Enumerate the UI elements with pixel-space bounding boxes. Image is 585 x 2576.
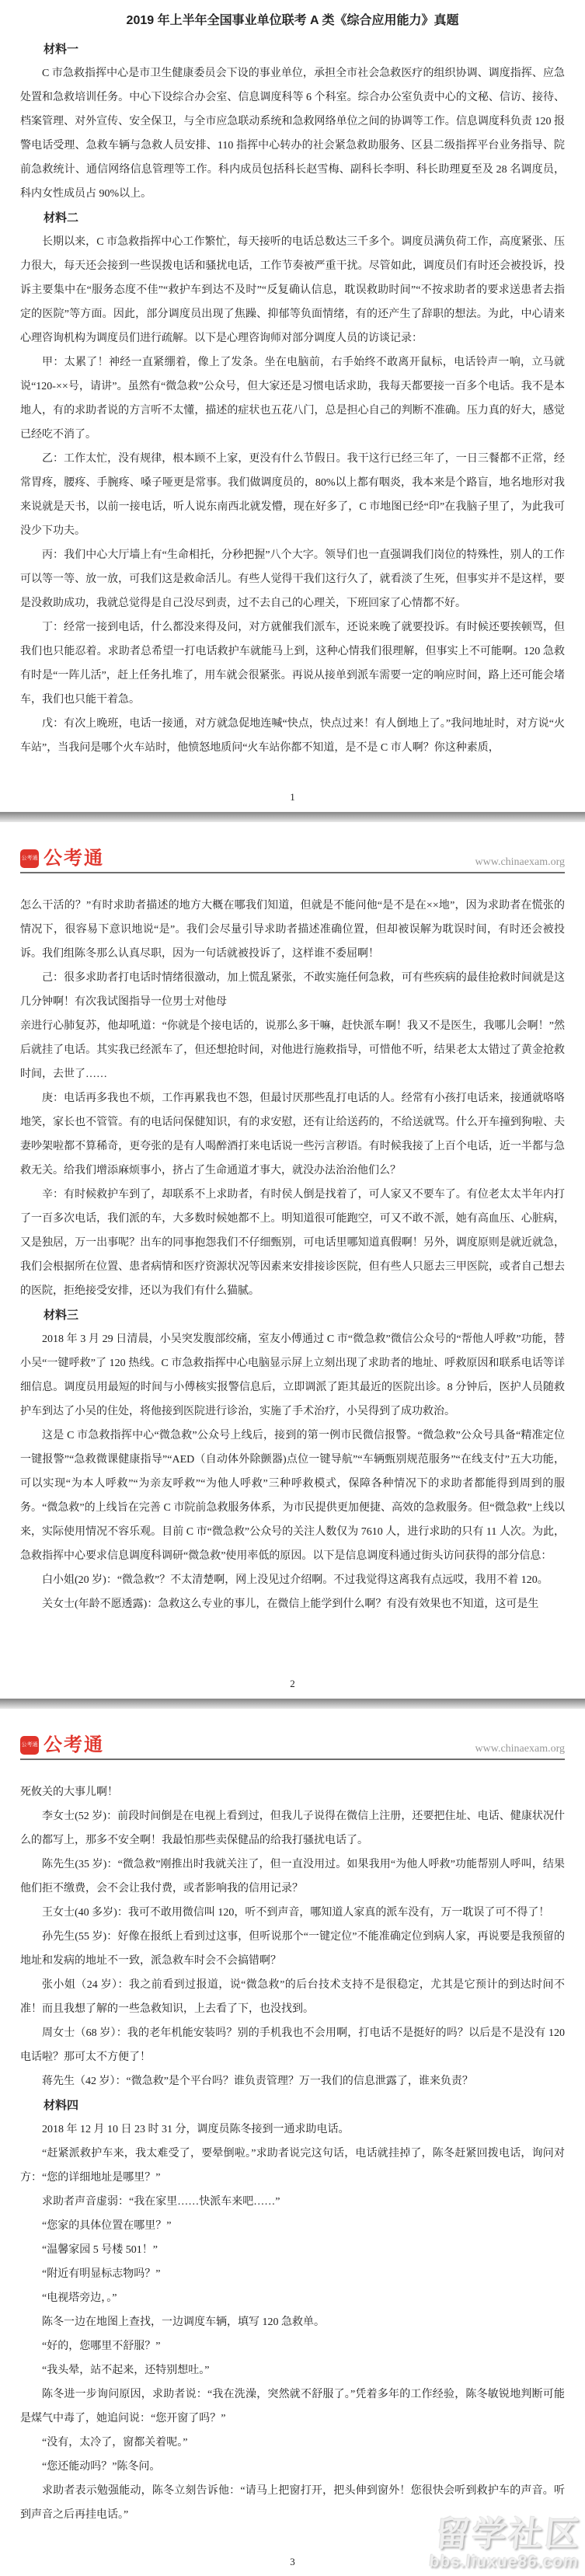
page-2-content: 怎么干活的？”有时求助者描述的地方大概在哪我们知道，但就是不能问他“是不是在××… [20,894,565,1616]
exam-document: 2019 年上半年全国事业单位联考 A 类《综合应用能力》真题 材料一C 市急救… [0,0,585,2576]
site-url: www.chinaexam.org [475,1743,565,1755]
gongkaotong-logo-icon: 公考通 [20,1736,39,1755]
text-block: “您家的具体位置在哪里？” [20,2214,565,2238]
text-block: 丁：经常一接到电话，什么都没来得及问，对方就催我们派车，还说来晚了就要投诉。有时… [20,615,565,712]
text-block: 材料三 [20,1303,565,1327]
text-block: 王女士(40 多岁)：我可不敢用微信叫 120，听不到声音，哪知道人家真的派车没… [20,1901,565,1925]
text-block: “温馨家园 5 号楼 501！” [20,2238,565,2262]
text-block: 己：很多求助者打电话时情绪很激动，加上慌乱紧张，不敢实施任何急救，可有些疾病的最… [20,966,565,1014]
text-block: 白小姐(20 岁)：“微急救”？不太清楚啊，网上没见过介绍啊。不过我觉得这离我有… [20,1568,565,1592]
text-block: 乙：工作太忙，没有规律，根本顾不上家，更没有什么节假日。我干这行已经三年了，一日… [20,447,565,543]
page-3-content: 死攸关的大事儿啊！李女士(52 岁)：前段时间倒是在电视上看到过，但我儿子说得在… [20,1780,565,2527]
text-block: 材料二 [20,206,565,230]
text-block: 材料四 [20,2093,565,2118]
page-2: 公考通 公考通 www.chinaexam.org 怎么干活的？”有时求助者描述… [0,822,585,1698]
text-block: 求助者声音虚弱：“我在家里……快派车来吧……” [20,2190,565,2214]
text-block: 材料一 [20,37,565,61]
page-divider [0,1698,585,1709]
site-header: 公考通 公考通 www.chinaexam.org [20,849,565,873]
text-block: 长期以来，C 市急救指挥中心工作繁忙，每天接听的电话总数达三千多个。调度员满负荷… [20,230,565,350]
text-block: 周女士（68 岁）：我的老年机能安装吗？别的手机我也不会用啊，打电话不是挺好的吗… [20,2021,565,2069]
text-block: 2018 年 3 月 29 日清晨，小吴突发腹部绞痛，室友小傅通过 C 市“微急… [20,1327,565,1424]
text-block: 张小姐（24 岁）：我之前看到过报道，说“微急救”的后台技术支持不是很稳定，尤其… [20,1973,565,2021]
text-block: 亲进行心肺复苏，他却吼道：“你就是个接电话的，说那么多干嘛，赶快派车啊！我又不是… [20,1014,565,1086]
text-block: 求助者表示勉强能动，陈冬立刻告诉他：“请马上把窗打开，把头伸到窗外！您很快会听到… [20,2479,565,2527]
text-block: 蒋先生（42 岁）：“微急救”是个平台吗？谁负责管理？万一我们的信息泄露了，谁来… [20,2069,565,2093]
text-block: “赶紧派救护车来，我太难受了，要晕倒啦。”求助者说完这句话，电话就挂掉了，陈冬赶… [20,2142,565,2190]
text-block: 戊：有次上晚班，电话一接通，对方就急促地连喊“快点，快点过来！有人倒地上了。”我… [20,712,565,760]
text-block: 丙：我们中心大厅墙上有“生命相托，分秒把握”八个大字。领导们也一直强调我们岗位的… [20,543,565,615]
text-block: 死攸关的大事儿啊！ [20,1780,565,1804]
brand-name: 公考通 [44,1735,104,1755]
text-block: 辛：有时候救护车到了，却联系不上求助者，有时侯人倒是找着了，可人家又不要车了。有… [20,1183,565,1303]
text-block: “没有，太冷了，窗都关着呢。” [20,2431,565,2455]
page-number-3: 3 [0,2556,585,2568]
brand-logo: 公考通 公考通 [20,849,104,869]
page-divider [0,811,585,822]
text-block: “好的，您哪里不舒服？” [20,2334,565,2358]
page-number-1: 1 [0,791,585,803]
text-block: 这是 C 市急救指挥中心“微急救”公众号上线后，接到的第一例市民微信报警。“微急… [20,1424,565,1568]
text-block: C 市急救指挥中心是市卫生健康委员会下设的事业单位，承担全市社会急救医疗的组织协… [20,61,565,206]
text-block: 陈先生(35 岁)：“微急救”刚推出时我就关注了，但一直没用过。如果我用“为他人… [20,1853,565,1901]
page-3: 公考通 公考通 www.chinaexam.org 死攸关的大事儿啊！李女士(5… [0,1709,585,2576]
text-block: 甲：太累了！神经一直紧绷着，像上了发条。坐在电脑前，右手始终不敢离开鼠标，电话铃… [20,350,565,447]
text-block: “电视塔旁边，。” [20,2286,565,2310]
text-block: 关女士(年龄不愿透露)：急救这么专业的事儿，在微信上能学到什么啊？有没有效果也不… [20,1592,565,1616]
text-block: 孙先生(55 岁)：好像在报纸上看到过这事，但听说那个“一键定位”不能准确定位到… [20,1925,565,1973]
site-header: 公考通 公考通 www.chinaexam.org [20,1735,565,1760]
page-1-content: 材料一C 市急救指挥中心是市卫生健康委员会下设的事业单位，承担全市社会急救医疗的… [20,37,565,760]
brand-name: 公考通 [44,849,104,869]
page-title: 2019 年上半年全国事业单位联考 A 类《综合应用能力》真题 [20,9,565,33]
page-1: 2019 年上半年全国事业单位联考 A 类《综合应用能力》真题 材料一C 市急救… [0,0,585,811]
text-block: 庚：电话再多我也不烦，工作再累我也不怨，但最讨厌那些乱打电话的人。经常有小孩打电… [20,1086,565,1183]
text-block: “您还能动吗？”陈冬问。 [20,2455,565,2479]
text-block: 李女士(52 岁)：前段时间倒是在电视上看到过，但我儿子说得在微信上注册，还要把… [20,1804,565,1853]
text-block: 陈冬进一步询问原因，求助者说：“我在洗澡，突然就不舒服了。”凭着多年的工作经验，… [20,2383,565,2431]
text-block: 怎么干活的？”有时求助者描述的地方大概在哪我们知道，但就是不能问他“是不是在××… [20,894,565,966]
brand-logo: 公考通 公考通 [20,1735,104,1755]
text-block: 陈冬一边在地图上查找，一边调度车辆，填写 120 急救单。 [20,2310,565,2334]
text-block: “附近有明显标志物吗？” [20,2262,565,2286]
site-url: www.chinaexam.org [475,856,565,869]
text-block: “我头晕，站不起来，还特别想吐。” [20,2358,565,2383]
page-number-2: 2 [0,1678,585,1690]
gongkaotong-logo-icon: 公考通 [20,849,39,868]
text-block: 2018 年 12 月 10 日 23 时 31 分，调度员陈冬接到一通求助电话… [20,2118,565,2142]
